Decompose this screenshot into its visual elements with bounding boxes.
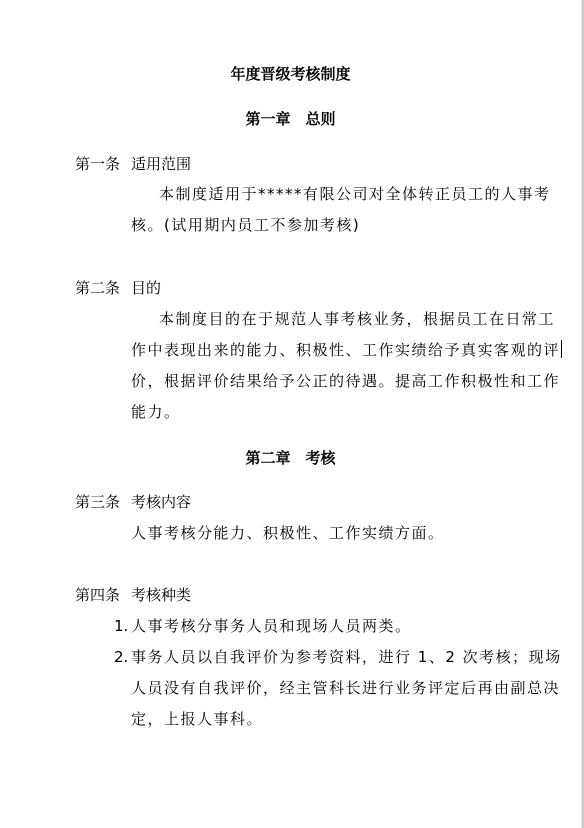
article-label: 第二条	[75, 278, 120, 298]
document-title: 年度晋级考核制度	[0, 64, 581, 84]
paragraph-line: 能力。	[131, 402, 181, 422]
list-item-continuation: 人员没有自我评价，经主管科长进行业务评定后再由副总决	[131, 678, 560, 698]
chapter-heading: 第一章 总则	[0, 109, 581, 129]
paragraph-text: 作中表现出来的能力、积极性、工作实绩给予真实客观的评	[131, 341, 560, 359]
paragraph-line: 本制度适用于*****有限公司对全体转正员工的人事考	[159, 184, 551, 204]
chapter-heading: 第二章 考核	[0, 448, 581, 468]
paragraph-line: 核。(试用期内员工不参加考核)	[131, 215, 360, 235]
paragraph-line: 人事考核分能力、积极性、工作实绩方面。	[131, 523, 445, 543]
list-item: 事务人员以自我评价为参考资料，进行 1、2 次考核；现场	[131, 647, 562, 667]
article-title: 适用范围	[131, 154, 191, 174]
paragraph-line: 本制度目的在于规范人事考核业务，根据员工在日常工	[159, 309, 555, 329]
article-label: 第四条	[75, 585, 120, 605]
text-cursor	[561, 340, 562, 358]
article-label: 第三条	[75, 492, 120, 512]
article-label: 第一条	[75, 154, 120, 174]
paragraph-line: 作中表现出来的能力、积极性、工作实绩给予真实客观的评	[131, 340, 562, 360]
article-title: 考核内容	[131, 492, 191, 512]
list-number: 2.	[114, 647, 128, 667]
paragraph-line: 价，根据评价结果给予公正的待遇。提高工作积极性和工作	[131, 371, 560, 391]
article-title: 目的	[131, 278, 161, 298]
list-number: 1.	[114, 616, 128, 636]
list-item: 人事考核分事务人员和现场人员两类。	[131, 616, 412, 636]
document-page: 年度晋级考核制度 第一章 总则 第一条 适用范围 本制度适用于*****有限公司…	[0, 0, 581, 828]
list-item-continuation: 定，上报人事科。	[131, 709, 263, 729]
article-title: 考核种类	[131, 585, 191, 605]
